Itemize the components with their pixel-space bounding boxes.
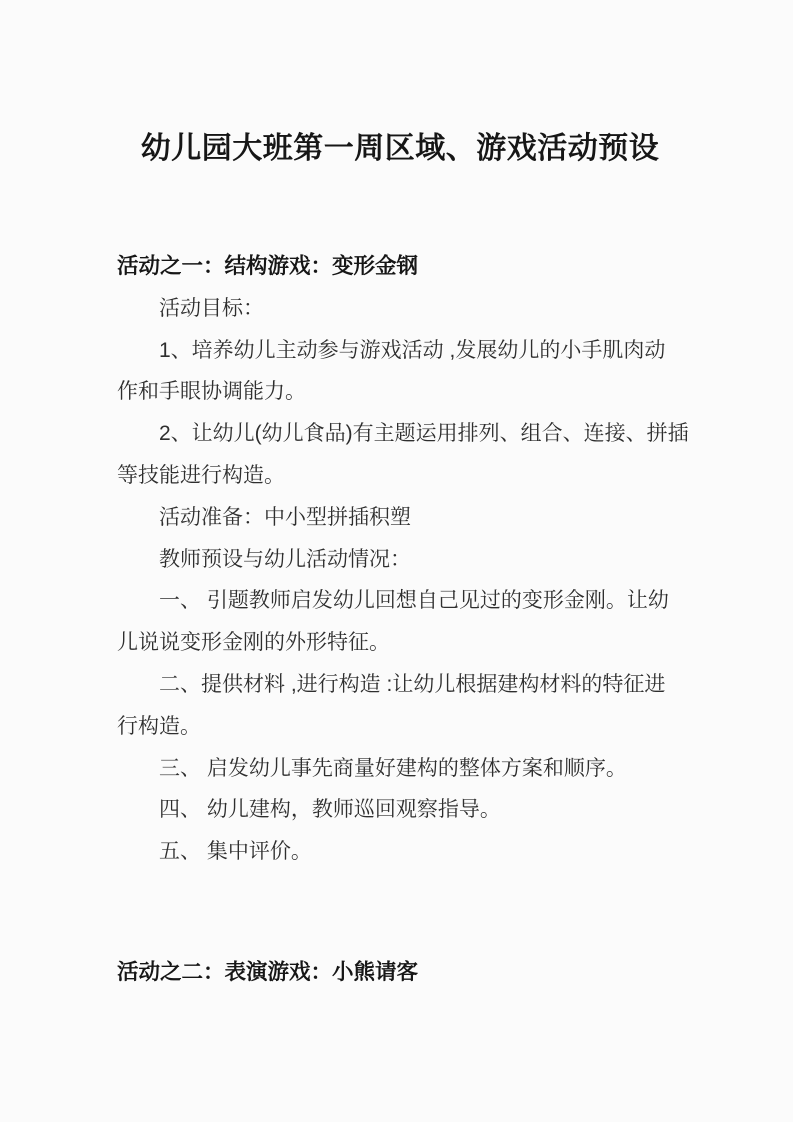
text-line: 活动准备：中小型拼插积塑 [117,497,683,539]
text-line: 1、培养幼儿主动参与游戏活动 ,发展幼儿的小手肌肉动 [117,330,683,372]
document-title: 幼儿园大班第一周区域、游戏活动预设 [117,126,683,172]
text-line: 五、 集中评价。 [117,831,683,873]
text-line: 教师预设与幼儿活动情况： [117,539,683,581]
text-line: 二、提供材料 ,进行构造 :让幼儿根据建构材料的特征进 [117,664,683,706]
text-line: 三、 启发幼儿事先商量好建构的整体方案和顺序。 [117,748,683,790]
section-heading: 活动之一：结构游戏：变形金钢 [117,246,683,288]
text-line: 活动目标： [117,288,683,330]
document-page: 幼儿园大班第一周区域、游戏活动预设 活动之一：结构游戏：变形金钢活动目标：1、培… [0,0,793,1122]
text-line: 行构造。 [117,706,683,748]
text-line: 四、 幼儿建构，教师巡回观察指导。 [117,789,683,831]
text-line: 作和手眼协调能力。 [117,371,683,413]
document-body: 活动之一：结构游戏：变形金钢活动目标：1、培养幼儿主动参与游戏活动 ,发展幼儿的… [117,246,683,994]
text-line: 2、让幼儿(幼儿食品)有主题运用排列、组合、连接、拼插 [117,413,683,455]
text-line: 儿说说变形金刚的外形特征。 [117,622,683,664]
section-heading: 活动之二：表演游戏：小熊请客 [117,952,683,994]
text-line: 等技能进行构造。 [117,455,683,497]
text-line: 一、 引题教师启发幼儿回想自己见过的变形金刚。让幼 [117,580,683,622]
